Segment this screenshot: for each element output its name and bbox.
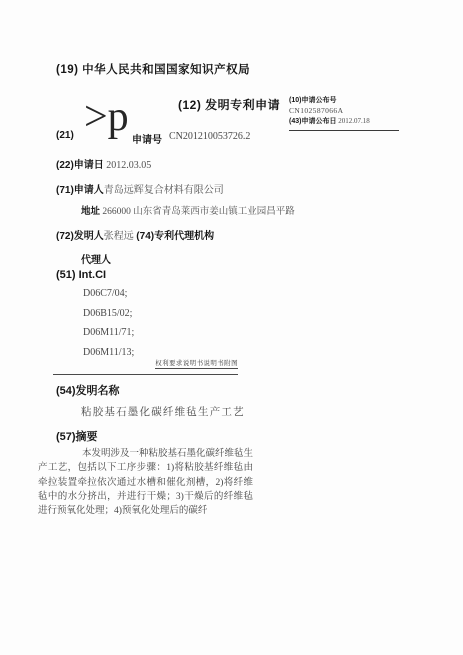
abstract-label: (57)摘要 (56, 428, 98, 444)
publication-date: 2012.07.18 (338, 117, 370, 125)
ipc-code: D06M11/71; (83, 327, 134, 347)
barcode-artifact-mark: >p (84, 94, 129, 140)
agency-label: (74)专利代理机构 (136, 231, 214, 242)
publication-number: CN102587066A (289, 106, 399, 116)
patent-office-name: (19) 中华人民共和国国家知识产权局 (56, 61, 250, 77)
address-row: 地址 266000 山东省青岛莱西市姜山镇工业园昌平路 (81, 203, 295, 217)
ipc-section-label: (51) Int.CI (56, 269, 106, 281)
application-number: CN201210053726.2 (169, 131, 250, 142)
address-value: 266000 山东省青岛莱西市姜山镇工业园昌平路 (102, 207, 294, 217)
documents-note-rule: 权利要求说明书说明书附图 (53, 352, 238, 375)
publication-info-block: (10)申请公布号 CN102587066A (43)申请公布日 2012.07… (289, 95, 399, 131)
publication-date-label: (43)申请公布日 (289, 118, 336, 125)
inventor-name: 张程远 (104, 231, 134, 242)
inventor-label: (72)发明人 (56, 231, 104, 242)
invention-title-label: (54)发明名称 (56, 382, 120, 398)
abstract-text: 本发明涉及一种粘胶基石墨化碳纤维毡生产工艺，包括以下工序步骤：1)将粘胶基纤维毡… (38, 447, 253, 518)
patent-front-page: (19) 中华人民共和国国家知识产权局 (12) 发明专利申请 (10)申请公布… (0, 0, 463, 655)
application-number-code: (21) (56, 130, 74, 141)
invention-title: 粘胶基石墨化碳纤维毡生产工艺 (81, 404, 245, 419)
documents-note: 权利要求说明书说明书附图 (155, 360, 238, 369)
inventor-row: (72)发明人张程远 (74)专利代理机构 (56, 227, 214, 242)
application-date-label: (22)申请日 (56, 160, 104, 171)
document-type-title: (12) 发明专利申请 (178, 96, 280, 113)
applicant-row: (71)申请人青岛远辉复合材料有限公司 (56, 181, 224, 196)
address-label: 地址 (81, 206, 100, 217)
applicant-label: (71)申请人 (56, 185, 104, 196)
agent-label: 代理人 (81, 251, 111, 266)
ipc-code: D06C7/04; (83, 288, 134, 308)
application-number-label: 申请号 (132, 131, 162, 146)
publication-number-label: (10)申请公布号 (289, 97, 336, 104)
ipc-code: D06B15/02; (83, 308, 134, 328)
application-date-row: (22)申请日 2012.03.05 (56, 156, 151, 171)
application-date: 2012.03.05 (106, 160, 151, 171)
applicant-name: 青岛远辉复合材料有限公司 (104, 185, 224, 196)
